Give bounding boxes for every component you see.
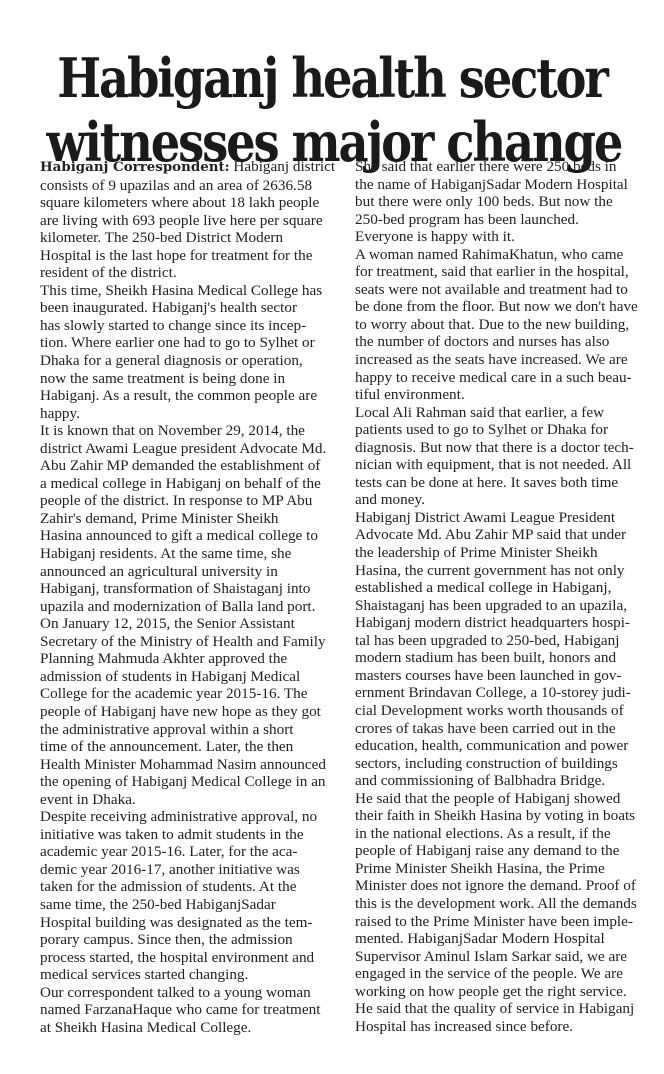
text-line: On January 12, 2015, the Senior Assistan… [40,615,332,633]
text-line: Habiganj residents. At the same time, sh… [40,545,332,563]
text-line: diagnosis. But now that there is a docto… [355,439,651,457]
text-line: people of Habiganj have new hope as they… [40,703,332,721]
text-line: but there were only 100 beds. But now th… [355,193,651,211]
text-line: and commissioning of Balbhadra Bridge. [355,772,651,790]
text-line: the opening of Habiganj Medical College … [40,773,332,791]
text-line: the name of HabiganjSadar Modern Hospita… [355,176,651,194]
text-line: at Sheikh Hasina Medical College. [40,1019,332,1037]
text-line: Zahir's demand, Prime Minister Sheikh [40,510,332,528]
text-line: sectors, including construction of build… [355,755,651,773]
text-line: cial Development works worth thousands o… [355,702,651,720]
text-line: Habiganj. As a result, the common people… [40,387,332,405]
text-line: This time, Sheikh Hasina Medical College… [40,282,332,300]
text-line: taken for the admission of students. At … [40,878,332,896]
article-column-right: She said that earlier there were 250 bed… [355,158,651,1035]
text-line: demic year 2016-17, another initiative w… [40,861,332,879]
text-line: Shaistaganj has been upgraded to an upaz… [355,597,651,615]
headline-line-1: Habiganj health sector [46,46,617,110]
text-line: their faith in Sheikh Hasina by voting i… [355,807,651,825]
text-line: porary campus. Since then, the admission [40,931,332,949]
text-line: to worry about that. Due to the new buil… [355,316,651,334]
text-line: the leadership of Prime Minister Sheikh [355,544,651,562]
text-line: It is known that on November 29, 2014, t… [40,422,332,440]
text-line: Planning Mahmuda Akhter approved the [40,650,332,668]
text-line: Hasina announced to gift a medical colle… [40,527,332,545]
text-line: the number of doctors and nurses has als… [355,333,651,351]
text-line: upazila and modernization of Balla land … [40,598,332,616]
text-line: and money. [355,491,651,509]
text-line: ernment Brindavan College, a 10-storey j… [355,684,651,702]
text-line: masters courses have been launched in go… [355,667,651,685]
text-line: event in Dhaka. [40,791,332,809]
text-line: resident of the district. [40,264,332,282]
text-line: engaged in the service of the people. We… [355,965,651,983]
text-line: patients used to go to Sylhet or Dhaka f… [355,421,651,439]
headline: Habiganj health sector witnesses major c… [46,46,617,174]
text-line: now the same treatment is being done in [40,370,332,388]
text-line: initiative was taken to admit students i… [40,826,332,844]
text-line: Local Ali Rahman said that earlier, a fe… [355,404,651,422]
text-line: Hospital has increased since before. [355,1018,651,1036]
text-line: Abu Zahir MP demanded the establishment … [40,457,332,475]
text-line: tests can be done at here. It saves both… [355,474,651,492]
text-line: happy. [40,405,332,423]
text-line: Habiganj district [230,158,335,175]
text-line: tiful environment. [355,386,651,404]
article-column-left: Habiganj Correspondent: Habiganj distric… [40,158,332,1036]
text-line: increased as the seats have increased. W… [355,351,651,369]
text-line: education, health, communication and pow… [355,737,651,755]
text-line: happy to receive medical care in a such … [355,369,651,387]
text-line: Habiganj District Awami League President [355,509,651,527]
text-line: academic year 2015-16. Later, for the ac… [40,843,332,861]
text-line: working on how people get the right serv… [355,983,651,1001]
text-line: He said that the people of Habiganj show… [355,790,651,808]
text-line: this is the development work. All the de… [355,895,651,913]
text-line: are living with 693 people live here per… [40,212,332,230]
text-line: raised to the Prime Minister have been i… [355,913,651,931]
text-line: has slowly started to change since its i… [40,317,332,335]
text-line: Dhaka for a general diagnosis or operati… [40,352,332,370]
text-line: Hospital building was designated as the … [40,914,332,932]
text-line: A woman named RahimaKhatun, who came [355,246,651,264]
text-line: Habiganj modern district headquarters ho… [355,614,651,632]
text-line: Habiganj, transformation of Shaistaganj … [40,580,332,598]
text-line: the administrative approval within a sho… [40,721,332,739]
text-line: nician with equipment, that is not neede… [355,456,651,474]
text-line: people of Habiganj raise any demand to t… [355,842,651,860]
text-line: established a medical college in Habigan… [355,579,651,597]
text-line: process started, the hospital environmen… [40,949,332,967]
text-line: Prime Minister Sheikh Hasina, the Prime [355,860,651,878]
text-line: modern stadium has been built, honors an… [355,649,651,667]
text-line: College for the academic year 2015-16. T… [40,685,332,703]
text-line: medical services started changing. [40,966,332,984]
byline: Habiganj Correspondent: [40,159,230,175]
text-line: Minister does not ignore the demand. Pro… [355,877,651,895]
text-line: Our correspondent talked to a young woma… [40,984,332,1002]
text-line: square kilometers where about 18 lakh pe… [40,194,332,212]
text-line: time of the announcement. Later, the the… [40,738,332,756]
text-line: kilometer. The 250-bed District Modern [40,229,332,247]
text-line: tal has been upgraded to 250-bed, Habiga… [355,632,651,650]
text-line: people of the district. In response to M… [40,492,332,510]
text-line: tion. Where earlier one had to go to Syl… [40,334,332,352]
text-line: Hospital is the last hope for treatment … [40,247,332,265]
text-line: in the national elections. As a result, … [355,825,651,843]
text-line: admission of students in Habiganj Medica… [40,668,332,686]
text-line: 250-bed program has been launched. [355,211,651,229]
text-line: for treatment, said that earlier in the … [355,263,651,281]
text-line: crores of takas have been carried out in… [355,720,651,738]
text-line: She said that earlier there were 250 bed… [355,158,651,176]
text-line: same time, the 250-bed HabiganjSadar [40,896,332,914]
first-line: Habiganj Correspondent: Habiganj distric… [40,158,332,177]
text-line: seats were not available and treatment h… [355,281,651,299]
text-line: announced an agricultural university in [40,563,332,581]
text-line: He said that the quality of service in H… [355,1000,651,1018]
text-line: Health Minister Mohammad Nasim announced [40,756,332,774]
text-line: Supervisor Aminul Islam Sarkar said, we … [355,948,651,966]
text-line: named FarzanaHaque who came for treatmen… [40,1001,332,1019]
text-line: be done from the floor. But now we don't… [355,298,651,316]
text-line: Advocate Md. Abu Zahir MP said that unde… [355,526,651,544]
text-line: Everyone is happy with it. [355,228,651,246]
text-line: consists of 9 upazilas and an area of 26… [40,177,332,195]
text-line: district Awami League president Advocate… [40,440,332,458]
text-line: mented. HabiganjSadar Modern Hospital [355,930,651,948]
text-line: Secretary of the Ministry of Health and … [40,633,332,651]
text-line: been inaugurated. Habiganj's health sect… [40,299,332,317]
text-line: Despite receiving administrative approva… [40,808,332,826]
text-line: a medical college in Habiganj on behalf … [40,475,332,493]
text-line: Hasina, the current government has not o… [355,562,651,580]
